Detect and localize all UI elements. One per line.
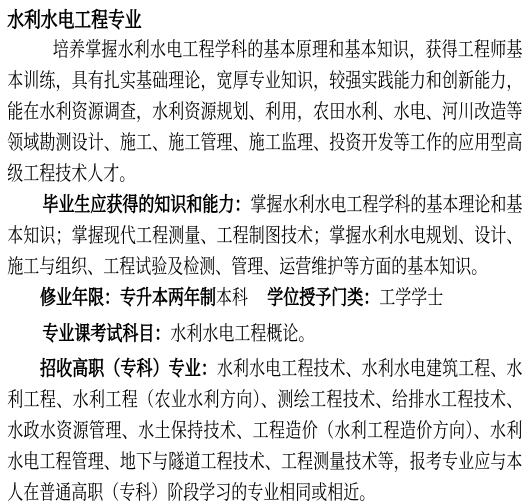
admission-majors-label: 招收高职（专科）专业： xyxy=(40,358,217,380)
exam-subject-value: 水利水电工程概论。 xyxy=(170,323,314,345)
page-title: 水利水电工程专业 xyxy=(7,6,522,35)
exam-subject-label: 专业课考试科目： xyxy=(42,323,170,345)
knowledge-ability-label: 毕业生应获得的知识和能力： xyxy=(42,194,250,216)
duration-degree-line: 修业年限：专升本两年制本科学位授予门类：工学学士 xyxy=(7,283,522,314)
study-duration-value: 本科 xyxy=(216,287,248,309)
study-duration-label: 修业年限：专升本两年制 xyxy=(40,287,216,309)
exam-subject-line: 专业课考试科目：水利水电工程概论。 xyxy=(7,319,522,350)
degree-category-value: 工学学士 xyxy=(379,287,443,309)
document-page: 水利水电工程专业 培养掌握水利水电工程学科的基本原理和基本知识，获得工程师基本训… xyxy=(0,0,530,501)
admission-majors-paragraph: 招收高职（专科）专业：水利水电工程技术、水利水电建筑工程、水利工程、水利工程（农… xyxy=(7,354,522,501)
knowledge-ability-paragraph: 毕业生应获得的知识和能力：掌握水利水电工程学科的基本理论和基本知识；掌握现代工程… xyxy=(7,190,522,283)
training-objective-paragraph: 培养掌握水利水电工程学科的基本原理和基本知识，获得工程师基本训练，具有扎实基础理… xyxy=(7,35,522,190)
degree-category-label: 学位授予门类： xyxy=(267,287,379,309)
